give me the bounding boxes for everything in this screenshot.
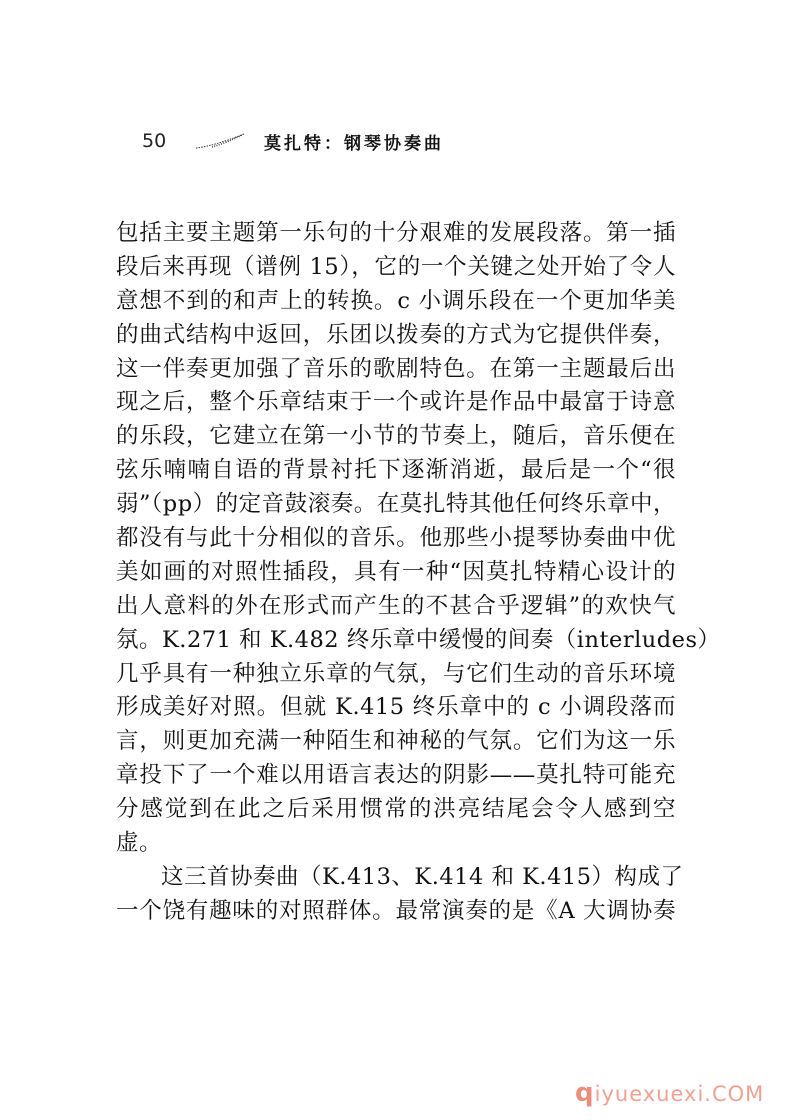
watermark-text: iyuexuexi.COM [595, 1082, 765, 1106]
text-line: 分感觉到在此之后采用惯常的洪亮结尾会令人感到空 [116, 793, 676, 827]
text-line: 言，则更加充满一种陌生和神秘的气氛。它们为这一乐 [116, 725, 676, 759]
running-title: 莫扎特：钢琴协奏曲 [264, 129, 444, 154]
text-line: 这一伴奏更加强了音乐的歌剧特色。在第一主题最后出 [116, 353, 676, 387]
text-line: 美如画的对照性插段，具有一种“因莫扎特精心设计的 [116, 556, 676, 590]
flourish-icon [194, 132, 246, 150]
text-line: 都没有与此十分相似的音乐。他那些小提琴协奏曲中优 [116, 522, 676, 556]
text-line: 虚。 [116, 827, 676, 861]
paragraph-2: 这三首协奏曲（K.413、K.414 和 K.415）构成了 一个饶有趣味的对照… [116, 861, 676, 929]
text-line: 一个饶有趣味的对照群体。最常演奏的是《A 大调协奏 [116, 895, 676, 929]
watermark-logo-letter: q [575, 1078, 595, 1108]
text-line: 意想不到的和声上的转换。c 小调乐段在一个更加华美 [116, 285, 676, 319]
site-watermark: qiyuexuexi.COM [575, 1078, 764, 1108]
text-line: 现之后，整个乐章结束于一个或许是作品中最富于诗意 [116, 386, 676, 420]
text-line: 弦乐喃喃自语的背景衬托下逐渐消逝，最后是一个“很 [116, 454, 676, 488]
text-line: 弱”（pp）的定音鼓滚奏。在莫扎特其他任何终乐章中， [116, 488, 676, 522]
body-text: 包括主要主题第一乐句的十分艰难的发展段落。第一插 段后来再现（谱例 15），它的… [116, 217, 676, 929]
text-line: 形成美好对照。但就 K.415 终乐章中的 c 小调段落而 [116, 691, 676, 725]
text-line: 段后来再现（谱例 15），它的一个关键之处开始了令人 [116, 251, 676, 285]
text-line: 几乎具有一种独立乐章的气氛，与它们生动的音乐环境 [116, 658, 676, 692]
text-line: 这三首协奏曲（K.413、K.414 和 K.415）构成了 [116, 861, 676, 895]
text-line: 的曲式结构中返回，乐团以拨奏的方式为它提供伴奏， [116, 319, 676, 353]
text-line: 氛。K.271 和 K.482 终乐章中缓慢的间奏（interludes） [116, 624, 676, 658]
paragraph-1: 包括主要主题第一乐句的十分艰难的发展段落。第一插 段后来再现（谱例 15），它的… [116, 217, 676, 861]
running-header: 50 莫扎特：钢琴协奏曲 [142, 126, 444, 156]
text-line: 包括主要主题第一乐句的十分艰难的发展段落。第一插 [116, 217, 676, 251]
text-line: 出人意料的外在形式而产生的不甚合乎逻辑”的欢快气 [116, 590, 676, 624]
text-line: 的乐段，它建立在第一小节的节奏上，随后，音乐便在 [116, 420, 676, 454]
page-number: 50 [142, 130, 194, 152]
text-line: 章投下了一个难以用语言表达的阴影——莫扎特可能充 [116, 759, 676, 793]
